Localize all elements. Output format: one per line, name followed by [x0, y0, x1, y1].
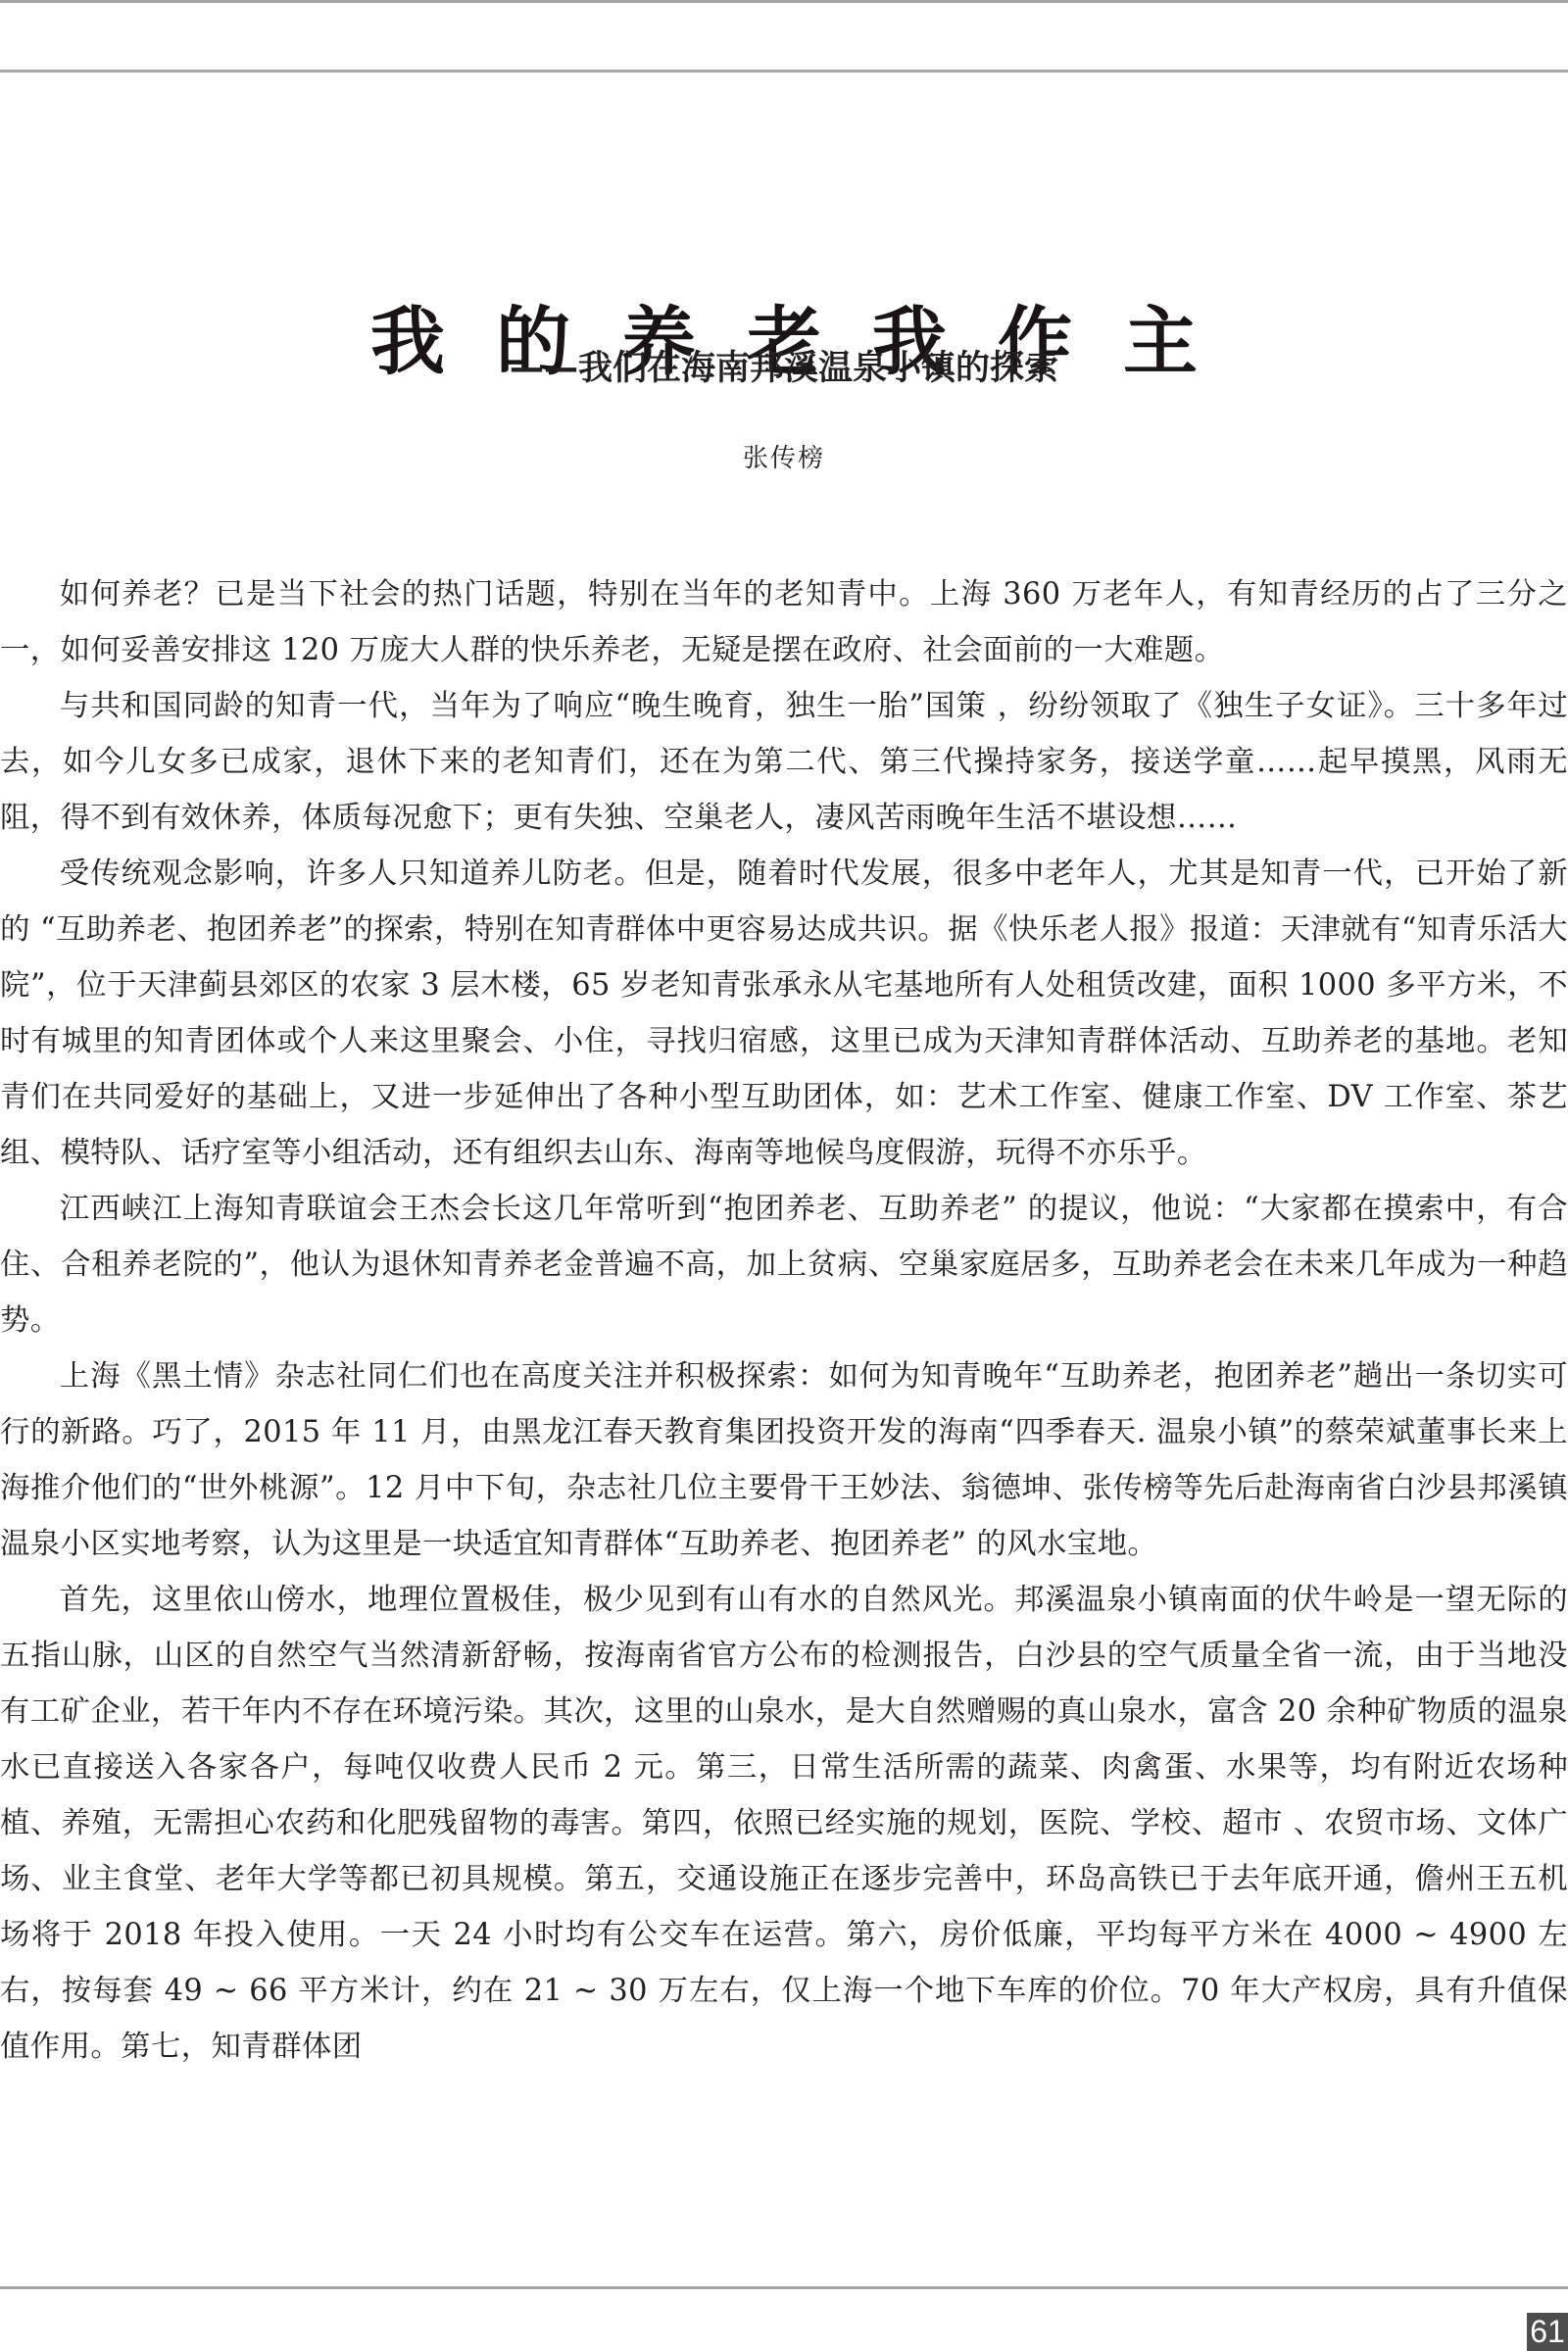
header-rule-top [0, 0, 1568, 3]
paragraph: 如何养老？已是当下社会的热门话题，特别在当年的老知青中。上海 360 万老年人，… [0, 566, 1568, 678]
paragraph: 首先，这里依山傍水，地理位置极佳，极少见到有山有水的自然风光。邦溪温泉小镇南面的… [0, 1572, 1568, 2075]
paragraph: 上海《黑土情》杂志社同仁们也在高度关注并积极探索：如何为知青晚年“互助养老，抱团… [0, 1348, 1568, 1572]
paragraph: 受传统观念影响，许多人只知道养儿防老。但是，随着时代发展，很多中老年人，尤其是知… [0, 846, 1568, 1181]
paragraph: 江西峡江上海知青联谊会王杰会长这几年常听到“抱团养老、互助养老” 的提议，他说：… [0, 1181, 1568, 1348]
article-subtitle: ——我们在海南邦溪温泉小镇的探索 [0, 345, 1568, 392]
article-author: 张传榜 [0, 439, 1568, 478]
article-body: 如何养老？已是当下社会的热门话题，特别在当年的老知青中。上海 360 万老年人，… [0, 566, 1568, 2075]
page-number: 61 [1527, 2313, 1568, 2351]
paragraph: 与共和国同龄的知青一代，当年为了响应“晚生晚育，独生一胎”国策 ，纷纷领取了《独… [0, 678, 1568, 846]
header-rule [0, 70, 1568, 73]
footer-rule [0, 2286, 1568, 2289]
